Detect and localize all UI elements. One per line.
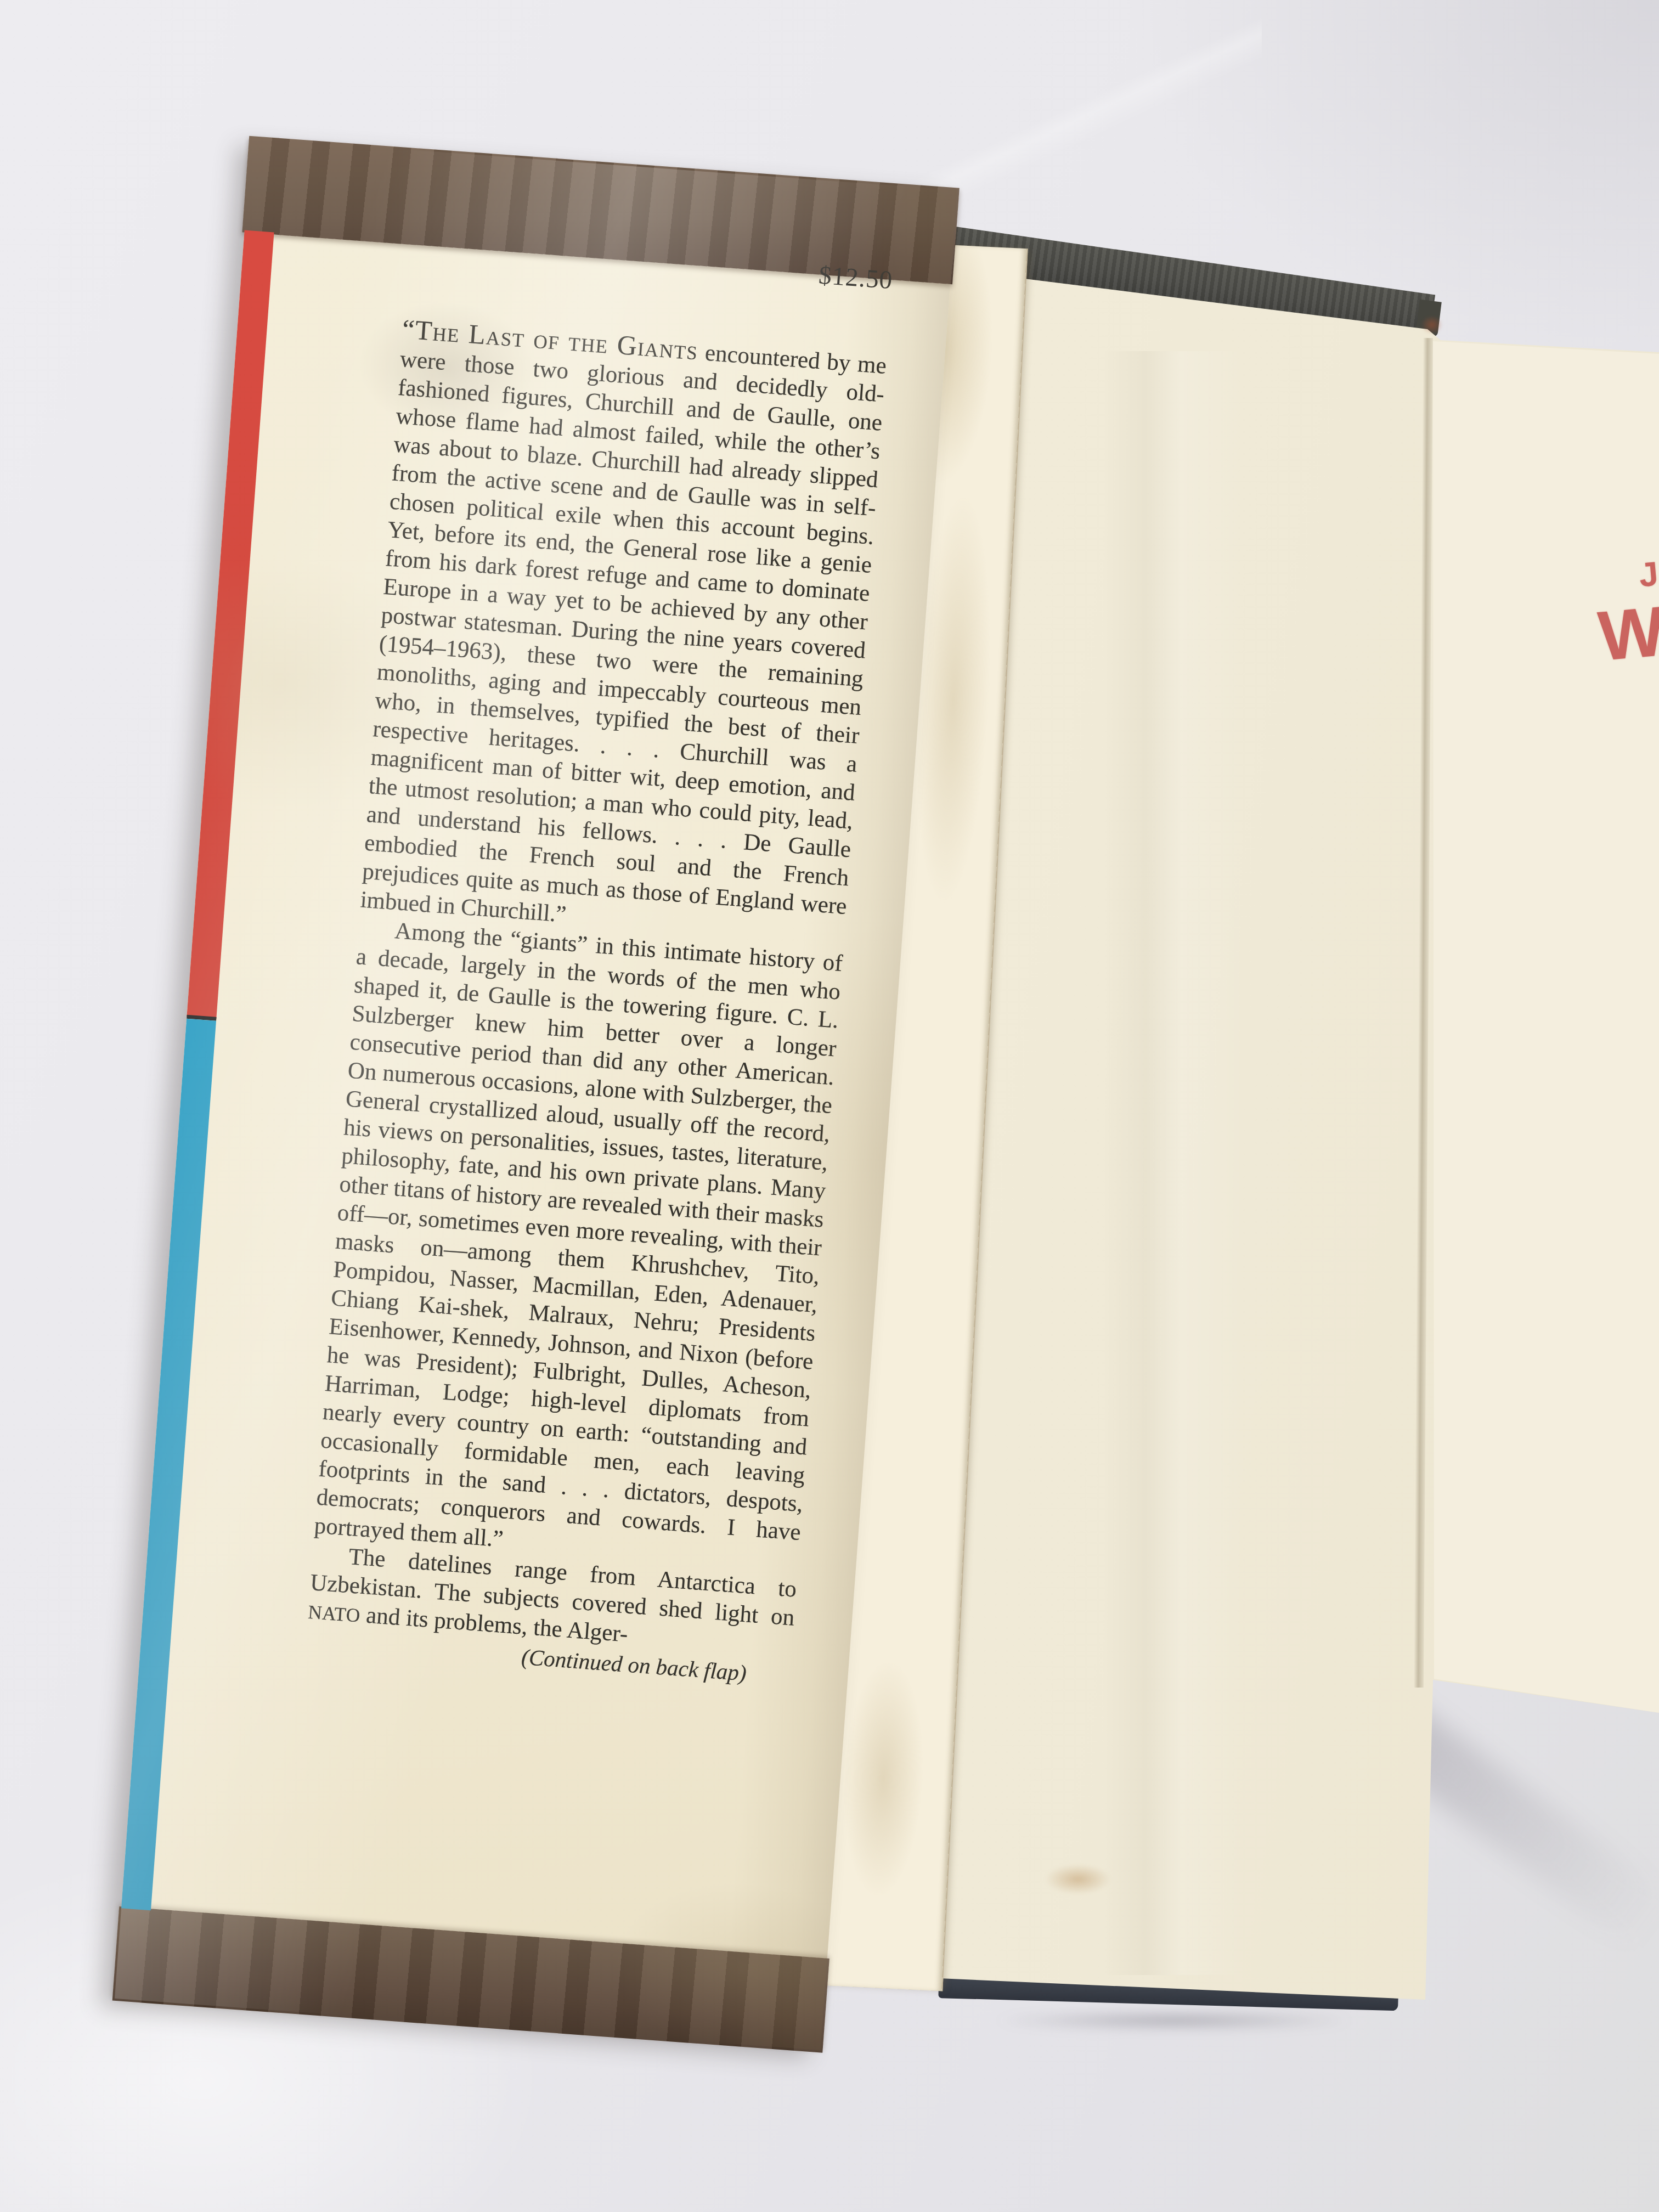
book-photo: J W $12.50 “The Last of the Giants encou… [0,0,1659,2212]
title-page-letter-w: W [1595,591,1659,677]
blurb-paragraph-1-text: encountered by me were those two gloriou… [359,340,887,928]
nato-acronym: NATO [307,1601,361,1627]
page-rust-spot [1421,315,1443,334]
page-crease-highlight [1103,351,1245,1975]
blurb-paragraph-1: “The Last of the Giants encountered by m… [359,314,888,950]
blurb-paragraph-2: Among the “giants” in this intimate hist… [313,914,843,1576]
flap-blurb: “The Last of the Giants encountered by m… [305,314,888,1690]
page-stain [1045,1864,1111,1894]
title-page-letter-j: J [1638,555,1659,595]
dust-jacket-flap: $12.50 “The Last of the Giants encounter… [115,138,957,2050]
book-cloth-bottom-shadow [933,2008,1415,2033]
